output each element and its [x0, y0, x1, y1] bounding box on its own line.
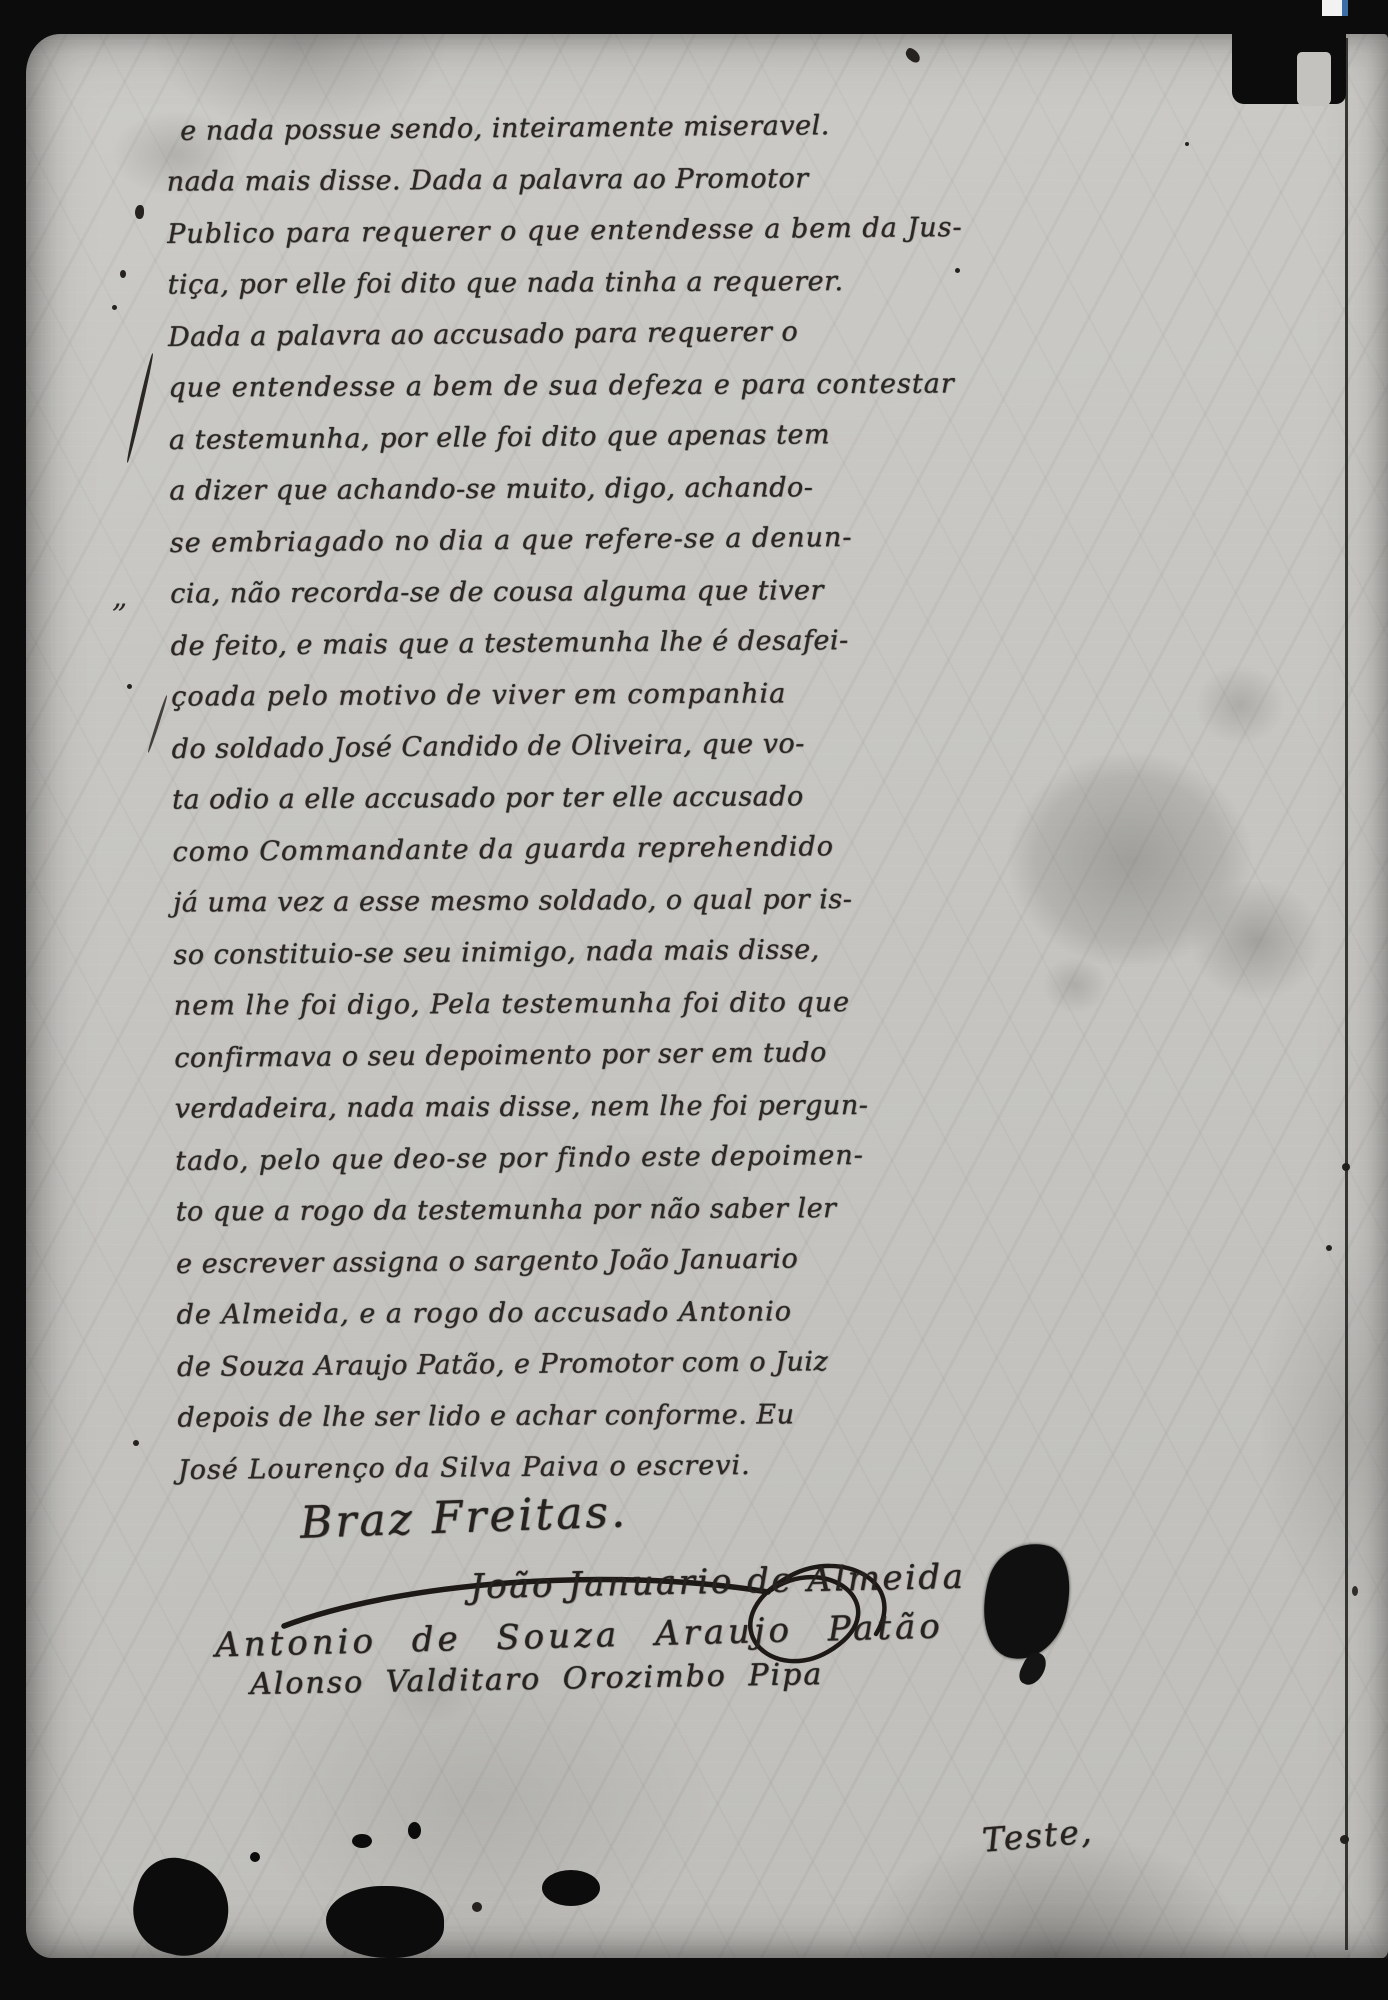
manuscript-line: nem lhe foi digo, Pela testemunha foi di…: [174, 976, 974, 1032]
ink-speck: [955, 268, 960, 273]
ink-speck: [1326, 1245, 1332, 1251]
paper-hole: [250, 1852, 260, 1862]
manuscript-line: verdadeira, nada mais disse, nem lhe foi…: [175, 1079, 975, 1135]
margin-dot: [133, 1440, 139, 1446]
manuscript-line: ta odio a elle accusado por ter elle acc…: [172, 770, 972, 826]
manuscript-line: a dizer que achando-se muito, digo, acha…: [169, 461, 969, 517]
manuscript-line: confirmava o seu depoimento por ser em t…: [174, 1026, 974, 1084]
manuscript-line: so constituio-se seu inimigo, nada mais …: [173, 923, 973, 981]
torn-edge-blob: [326, 1886, 444, 1958]
manuscript-line: Publico para requerer o que entendesse a…: [167, 202, 967, 260]
ink-speck: [112, 305, 117, 310]
manuscript-line: se embriagado no dia a que refere-se a d…: [170, 511, 970, 569]
manuscript-line: e nada possue sendo, inteiramente misera…: [180, 99, 966, 157]
paper-hole: [352, 1834, 372, 1848]
manuscript-line: nada mais disse. Dada a palavra ao Promo…: [167, 152, 967, 208]
manuscript-line: cia, não recorda-se de cousa alguma que …: [170, 564, 970, 620]
manuscript-line: çoada pelo motivo de viver em companhia: [171, 667, 971, 723]
signature-antonio-souza: Antonio de Souza Araujo Patão: [215, 1606, 945, 1665]
manuscript-line: tiça, por elle foi dito que nada tinha a…: [167, 255, 967, 311]
torn-edge-blob: [542, 1870, 600, 1906]
manuscript-line: de Almeida, e a rogo do accusado Antonio: [176, 1285, 976, 1341]
manuscript-line: que entendesse a bem de sua defeza e par…: [168, 358, 968, 414]
ink-speck: [135, 205, 144, 219]
top-edge-tab: [1297, 52, 1331, 106]
signature-alonso-valditaro: Alonso Valditaro Orozimbo Pipa: [250, 1657, 824, 1702]
paper-sheet: e nada possue sendo, inteiramente misera…: [26, 34, 1388, 1958]
manuscript-line: já uma vez a esse mesmo soldado, o qual …: [173, 873, 973, 929]
margin-dot: [127, 684, 132, 689]
page-gutter-line: [1345, 38, 1348, 1950]
manuscript-line: como Commandante da guarda reprehendido: [172, 820, 972, 878]
paper-hole: [408, 1822, 421, 1839]
manuscript-line: de Souza Araujo Patão, e Promotor com o …: [177, 1335, 977, 1393]
ink-speck: [472, 1902, 482, 1912]
scan-corner-artifact: [1322, 0, 1348, 16]
manuscript-line: depois de lhe ser lido e achar conforme.…: [177, 1388, 977, 1444]
manuscript-line: do soldado José Candido de Oliveira, que…: [171, 717, 971, 775]
page-edge-strip: [1350, 34, 1388, 1958]
signature-braz-freitas: Braz Freitas.: [299, 1486, 629, 1548]
ink-blot: [969, 1533, 1082, 1670]
manuscript-line: tado, pelo que deo-se por findo este dep…: [175, 1129, 975, 1187]
manuscript-text: e nada possue sendo, inteiramente misera…: [166, 99, 978, 1496]
manuscript-line: de feito, e mais que a testemunha lhe é …: [170, 614, 970, 672]
manuscript-line: e escrever assigna o sargento João Janua…: [176, 1232, 976, 1290]
ink-speck: [1185, 142, 1189, 146]
ink-speck: [903, 47, 922, 65]
margin-pen-stroke: [125, 353, 154, 463]
torn-edge-blob: [124, 1850, 239, 1965]
margin-pen-stroke-small: [147, 695, 168, 753]
ink-speck: [120, 270, 126, 278]
teste-note: Teste,: [981, 1811, 1095, 1860]
margin-ditto-mark: „: [112, 580, 130, 615]
manuscript-line: a testemunha, por elle foi dito que apen…: [169, 408, 969, 466]
manuscript-line: Dada a palavra ao accusado para requerer…: [168, 305, 968, 363]
manuscript-line: to que a rogo da testemunha por não sabe…: [176, 1182, 976, 1238]
signature-joao-januario: João Januario de Almeida: [470, 1557, 966, 1607]
